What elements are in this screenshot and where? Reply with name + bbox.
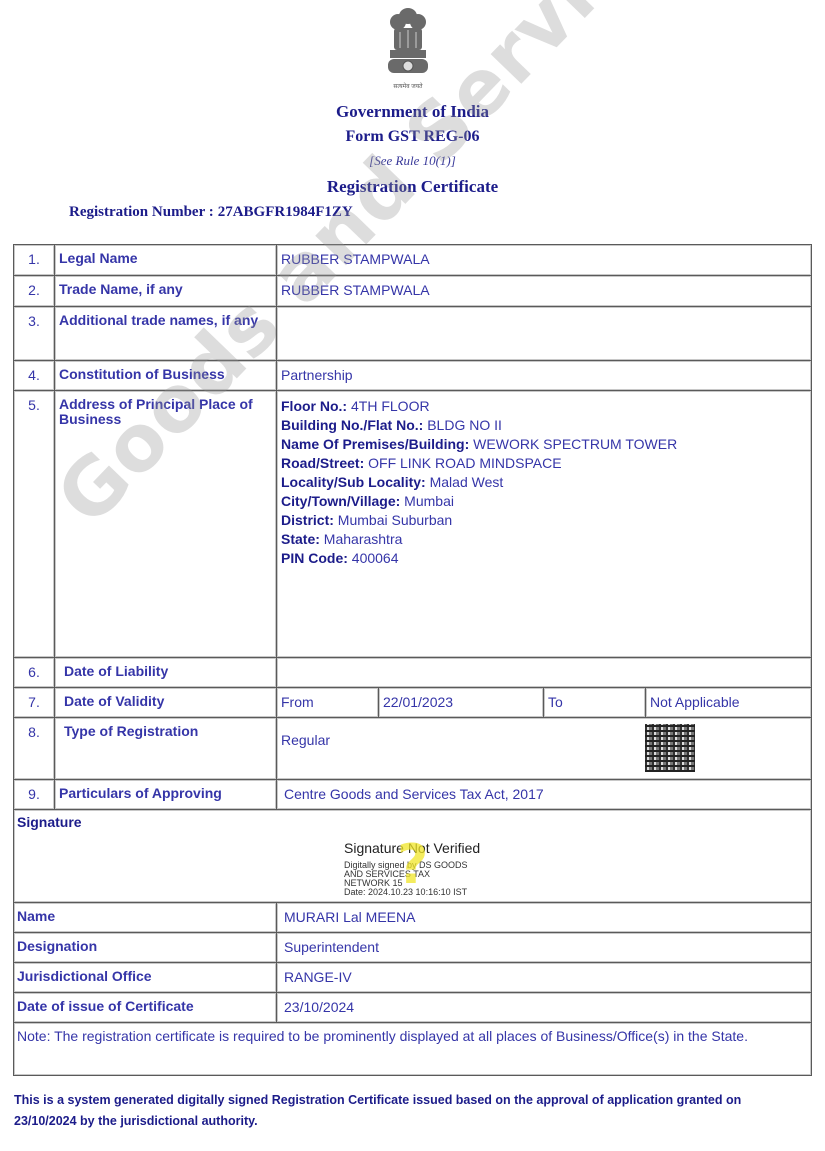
table-row: Jurisdictional Office RANGE-IV (14, 963, 812, 993)
row-number: 8. (14, 718, 55, 780)
signature-row: Signature Signature Not Verified Digital… (14, 810, 812, 903)
field-label: Legal Name (55, 245, 277, 276)
field-label: Jurisdictional Office (14, 963, 277, 993)
field-label: Date of Validity (55, 688, 277, 718)
jurisdictional-office-value: RANGE-IV (277, 963, 812, 993)
field-label: Particulars of Approving (55, 780, 277, 810)
government-heading: Government of India (0, 102, 825, 122)
table-row: 2. Trade Name, if any RUBBER STAMPWALA (14, 276, 812, 307)
table-row: 1. Legal Name RUBBER STAMPWALA (14, 245, 812, 276)
row-number: 6. (14, 658, 55, 688)
svg-text:सत्यमेव जयते: सत्यमेव जयते (393, 82, 423, 90)
table-row: Designation Superintendent (14, 933, 812, 963)
certificate-table: 1. Legal Name RUBBER STAMPWALA 2. Trade … (13, 244, 812, 1076)
footer-statement: This is a system generated digitally sig… (14, 1090, 804, 1132)
address-value: Floor No.: 4TH FLOOR Building No./Flat N… (277, 391, 812, 658)
question-mark-icon: ? (397, 838, 428, 892)
registration-number-label: Registration Number : (69, 204, 214, 220)
table-row: 6. Date of Liability (14, 658, 812, 688)
row-number: 5. (14, 391, 55, 658)
address-line: State: Maharashtra (281, 530, 807, 549)
legal-name-value: RUBBER STAMPWALA (277, 245, 812, 276)
validity-to-label: To (544, 688, 646, 718)
field-label: Type of Registration (55, 718, 277, 780)
row-number: 7. (14, 688, 55, 718)
row-number: 9. (14, 780, 55, 810)
table-row: Name MURARI Lal MEENA (14, 903, 812, 933)
address-line: Floor No.: 4TH FLOOR (281, 397, 807, 416)
designation-value: Superintendent (277, 933, 812, 963)
table-row: 3. Additional trade names, if any (14, 307, 812, 361)
date-of-liability-value (277, 658, 812, 688)
address-line: Road/Street: OFF LINK ROAD MINDSPACE (281, 454, 807, 473)
field-label: Trade Name, if any (55, 276, 277, 307)
address-line: Name Of Premises/Building: WEWORK SPECTR… (281, 435, 807, 454)
field-label: Additional trade names, if any (55, 307, 277, 361)
qr-code (645, 724, 695, 772)
form-heading: Form GST REG-06 (0, 128, 825, 146)
constitution-value: Partnership (277, 361, 812, 391)
table-row: Date of issue of Certificate 23/10/2024 (14, 993, 812, 1023)
registration-number: Registration Number :27ABGFR1984F1ZY (69, 204, 353, 221)
field-label: Designation (14, 933, 277, 963)
row-number: 3. (14, 307, 55, 361)
registration-type-value: Regular (277, 718, 812, 780)
table-row: 4. Constitution of Business Partnership (14, 361, 812, 391)
row-number: 4. (14, 361, 55, 391)
table-row: 8. Type of Registration Regular (14, 718, 812, 780)
field-label: Date of Liability (55, 658, 277, 688)
approving-act-value: Centre Goods and Services Tax Act, 2017 (277, 780, 812, 810)
table-row: 7. Date of Validity From 22/01/2023 To N… (14, 688, 812, 718)
officer-name-value: MURARI Lal MEENA (277, 903, 812, 933)
note-text: Note: The registration certificate is re… (14, 1023, 812, 1076)
signature-label: Signature (17, 814, 808, 830)
field-label: Constitution of Business (55, 361, 277, 391)
registration-number-value: 27ABGFR1984F1ZY (218, 204, 353, 220)
address-line: PIN Code: 400064 (281, 549, 807, 568)
rule-reference: [See Rule 10(1)] (0, 153, 825, 169)
row-number: 2. (14, 276, 55, 307)
note-row: Note: The registration certificate is re… (14, 1023, 812, 1076)
trade-name-value: RUBBER STAMPWALA (277, 276, 812, 307)
address-line: City/Town/Village: Mumbai (281, 492, 807, 511)
address-line: Locality/Sub Locality: Malad West (281, 473, 807, 492)
table-row: 9. Particulars of Approving Centre Goods… (14, 780, 812, 810)
ashoka-emblem-icon: सत्यमेव जयते (382, 4, 434, 92)
validity-to-value: Not Applicable (646, 688, 812, 718)
registration-type-text: Regular (281, 732, 807, 748)
validity-from-label: From (277, 688, 379, 718)
row-number: 1. (14, 245, 55, 276)
table-row: 5. Address of Principal Place of Busines… (14, 391, 812, 658)
field-label: Date of issue of Certificate (14, 993, 277, 1023)
address-line: District: Mumbai Suburban (281, 511, 807, 530)
validity-from-value: 22/01/2023 (379, 688, 544, 718)
issue-date-value: 23/10/2024 (277, 993, 812, 1023)
certificate-title: Registration Certificate (0, 177, 825, 197)
address-line: Building No./Flat No.: BLDG NO II (281, 416, 807, 435)
additional-trade-names-value (277, 307, 812, 361)
field-label: Address of Principal Place of Business (55, 391, 277, 658)
signature-cell: Signature Signature Not Verified Digital… (14, 810, 812, 903)
field-label: Name (14, 903, 277, 933)
